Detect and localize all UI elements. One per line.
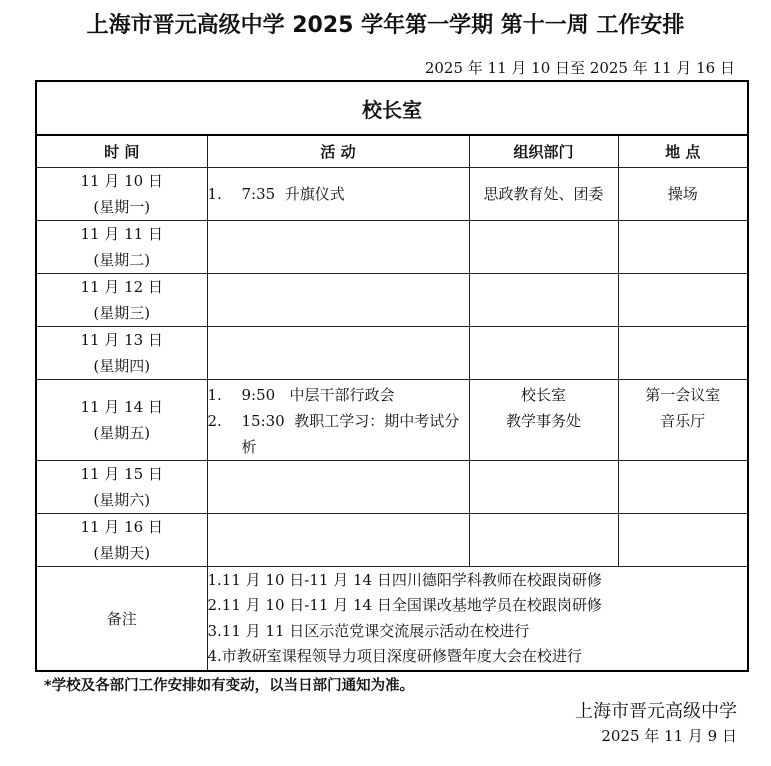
note-item: 4.市教研室课程领导力项目深度研修暨年度大会在校进行: [208, 644, 748, 670]
date-cell: 11 月 16 日 (星期天): [36, 514, 207, 567]
school-signature: 上海市晋元高级中学: [575, 697, 737, 723]
department-text: 教学事务处: [470, 408, 618, 434]
activity-cell: 1. 9:50 中层干部行政会 2. 15:30 教职工学习：期中考试分析: [207, 380, 469, 461]
activity-cell: [207, 514, 469, 567]
date-cell: 11 月 11 日 (星期二): [36, 221, 207, 274]
location-text: 操场: [619, 181, 748, 207]
weekday-text: (星期五): [37, 420, 207, 446]
location-cell: [618, 461, 748, 514]
table-row: 11 月 10 日 (星期一) 1. 7:35 升旗仪式 思政教育处、团委 操场: [36, 168, 748, 221]
column-header-location: 地 点: [618, 135, 748, 168]
note-item: 1.11 月 10 日-11 月 14 日四川德阳学科教师在校跟岗研修: [208, 568, 748, 594]
department-cell: [469, 461, 618, 514]
location-cell: 操场: [618, 168, 748, 221]
weekday-text: (星期四): [37, 353, 207, 379]
date-range: 2025 年 11 月 10 日至 2025 年 11 月 16 日: [425, 57, 735, 78]
activity-text: 9:50 中层干部行政会: [242, 382, 469, 408]
department-text: 思政教育处、团委: [470, 181, 618, 207]
activity-number: 2.: [208, 408, 242, 460]
table-row: 11 月 11 日 (星期二): [36, 221, 748, 274]
date-text: 11 月 15 日: [37, 461, 207, 487]
date-text: 11 月 14 日: [37, 394, 207, 420]
notes-list: 1.11 月 10 日-11 月 14 日四川德阳学科教师在校跟岗研修 2.11…: [207, 567, 748, 672]
date-cell: 11 月 13 日 (星期四): [36, 327, 207, 380]
document-title: 上海市晋元高级中学 2025 学年第一学期 第十一周 工作安排: [0, 8, 771, 39]
activity-item: 2. 15:30 教职工学习：期中考试分析: [208, 408, 469, 460]
footnote: *学校及各部门工作安排如有变动，以当日部门通知为准。: [44, 674, 414, 695]
location-cell: [618, 274, 748, 327]
activity-number: 1.: [208, 382, 242, 408]
activity-number: 1.: [208, 181, 242, 207]
date-text: 11 月 16 日: [37, 514, 207, 540]
signature-date: 2025 年 11 月 9 日: [601, 725, 737, 746]
department-cell: 校长室 教学事务处: [469, 380, 618, 461]
note-item: 3.11 月 11 日区示范党课交流展示活动在校进行: [208, 619, 748, 645]
activity-cell: [207, 461, 469, 514]
office-row: 校长室: [36, 81, 748, 135]
column-header-time: 时 间: [36, 135, 207, 168]
date-text: 11 月 10 日: [37, 168, 207, 194]
notes-label: 备注: [36, 567, 207, 672]
activity-text: 15:30 教职工学习：期中考试分析: [242, 408, 469, 460]
location-cell: [618, 327, 748, 380]
department-cell: [469, 327, 618, 380]
weekday-text: (星期三): [37, 300, 207, 326]
table-row: 11 月 13 日 (星期四): [36, 327, 748, 380]
location-cell: 第一会议室 音乐厅: [618, 380, 748, 461]
department-cell: [469, 514, 618, 567]
table-row: 11 月 12 日 (星期三): [36, 274, 748, 327]
office-title: 校长室: [36, 81, 748, 135]
department-text: 校长室: [470, 382, 618, 408]
weekday-text: (星期天): [37, 540, 207, 566]
location-text: 第一会议室: [619, 382, 748, 408]
table-row: 11 月 15 日 (星期六): [36, 461, 748, 514]
department-cell: [469, 274, 618, 327]
date-cell: 11 月 15 日 (星期六): [36, 461, 207, 514]
weekday-text: (星期二): [37, 247, 207, 273]
date-cell: 11 月 14 日 (星期五): [36, 380, 207, 461]
activity-cell: [207, 221, 469, 274]
header-row: 时 间 活 动 组织部门 地 点: [36, 135, 748, 168]
location-text: 音乐厅: [619, 408, 748, 434]
schedule-table: 校长室 时 间 活 动 组织部门 地 点 11 月 10 日 (星期一) 1. …: [35, 80, 749, 672]
location-cell: [618, 221, 748, 274]
activity-item: 1. 7:35 升旗仪式: [208, 181, 469, 207]
activity-cell: [207, 274, 469, 327]
notes-row: 备注 1.11 月 10 日-11 月 14 日四川德阳学科教师在校跟岗研修 2…: [36, 567, 748, 672]
date-text: 11 月 11 日: [37, 221, 207, 247]
date-text: 11 月 13 日: [37, 327, 207, 353]
department-cell: [469, 221, 618, 274]
weekday-text: (星期六): [37, 487, 207, 513]
activity-text: 7:35 升旗仪式: [242, 181, 469, 207]
table-row: 11 月 14 日 (星期五) 1. 9:50 中层干部行政会 2. 15:30…: [36, 380, 748, 461]
table-row: 11 月 16 日 (星期天): [36, 514, 748, 567]
activity-cell: [207, 327, 469, 380]
column-header-department: 组织部门: [469, 135, 618, 168]
location-cell: [618, 514, 748, 567]
activity-item: 1. 9:50 中层干部行政会: [208, 382, 469, 408]
weekday-text: (星期一): [37, 194, 207, 220]
date-cell: 11 月 12 日 (星期三): [36, 274, 207, 327]
note-item: 2.11 月 10 日-11 月 14 日全国课改基地学员在校跟岗研修: [208, 593, 748, 619]
activity-cell: 1. 7:35 升旗仪式: [207, 168, 469, 221]
date-text: 11 月 12 日: [37, 274, 207, 300]
date-cell: 11 月 10 日 (星期一): [36, 168, 207, 221]
department-cell: 思政教育处、团委: [469, 168, 618, 221]
column-header-activity: 活 动: [207, 135, 469, 168]
